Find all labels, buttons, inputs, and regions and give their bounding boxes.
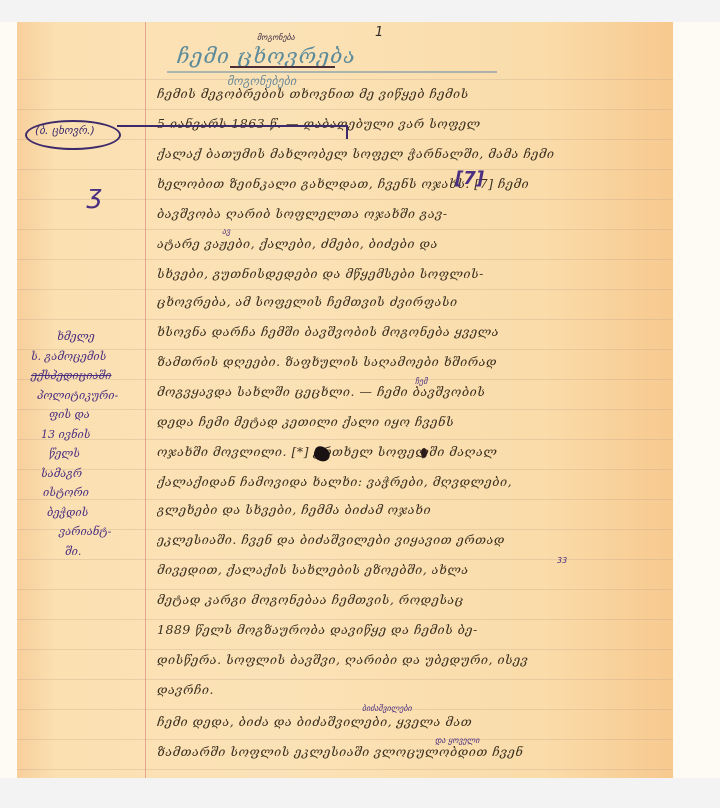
text-line: 1889 წელს მოგზაურობა დავიწყე და ჩემის ბე… (157, 622, 667, 637)
connector-line (117, 125, 347, 127)
text-line: ცხოვრება, ამ სოფელის ჩემთვის ძვირფასი (157, 294, 667, 309)
text-line: გლეხები და სხვები, ჩემმა ბიძამ ოჯახი (157, 502, 667, 517)
text-line: დისწერა. სოფლის ბავშვი, ღარიბი და უბედურ… (157, 652, 667, 667)
note-line: პოლიტიკური- (31, 386, 118, 406)
ruled-line (17, 649, 673, 650)
inline-insertion: და ყოველი (435, 736, 479, 745)
page-title: ჩემი ცხოვრება (177, 44, 356, 68)
ruled-line (17, 199, 673, 200)
viewer-bottom-bar (0, 778, 720, 808)
text-line: ატარე ვაჟები, ქალები, ძმები, ბიძები და (157, 236, 667, 251)
text-line: სხვები, გუთნისდედები და მწყემსები სოფლის… (157, 266, 667, 281)
text-line: 5 იანვარს 1863 წ. — დაბადებული ვარ სოფელ (157, 116, 667, 131)
inline-insertion: 33 (557, 556, 567, 565)
margin-side-note: ხმელე ს. გამოცემის ექსპედიციაში პოლიტიკუ… (31, 327, 118, 561)
text-line: ქალაქიდან ჩამოვიდა ხალხი: ვაჭრები, მღვდლ… (157, 474, 667, 489)
connector-arrow (346, 125, 348, 139)
ruled-line (17, 229, 673, 230)
text-line: ქალაქ ბათუმის მახლობელ სოფელ ჭარნალში, მ… (157, 146, 667, 161)
ruled-line (17, 109, 673, 110)
note-line: ექსპედიციაში (31, 366, 118, 386)
ruled-line (17, 169, 673, 170)
title-underline (167, 71, 497, 73)
ruled-line (17, 289, 673, 290)
text-line: დედა ჩემი მეტად კეთილი ქალი იყო ჩვენს (157, 414, 667, 429)
text-line: მეტად კარგი მოგონებაა ჩემთვის, როდესაც (157, 592, 667, 607)
inline-insertion: ჩემ (415, 377, 427, 386)
manuscript-page: 1 მოგონება ჩემი ცხოვრება მოგონებები ჩემი… (17, 22, 673, 778)
title-insertion: მოგონება (257, 33, 295, 42)
note-line: ბეჭდის (31, 503, 118, 523)
note-line: წელს (31, 444, 118, 464)
text-line: ბავშვობა ღარიბ სოფლელთა ოჯახში გავ- (157, 206, 667, 221)
ruled-line (17, 739, 673, 740)
ruled-line (17, 79, 673, 80)
viewer-top-bar (0, 0, 720, 22)
text-line: ოჯახში მოვლილი. [*] ერთხელ სოფელში მაღალ (157, 444, 667, 459)
margin-bracket-mark: ʒ (87, 180, 102, 210)
ruled-line (17, 259, 673, 260)
text-line: ზამთრის დღეები. ზაფხულის საღამოები ხშირა… (157, 354, 667, 369)
ink-dot (421, 448, 427, 458)
text-line: ხსოვნა დარჩა ჩემში ბავშვობის მოგონება ყვ… (157, 324, 667, 339)
inline-insertion: ბიძაშვილები (362, 704, 412, 713)
note-line: ხმელე (31, 327, 118, 347)
inline-insertion: ავ (222, 227, 230, 236)
text-line: ხელობით ზეინკალი გახლდათ, ჩვენს ოჯახს. [… (157, 176, 667, 191)
margin-rule (145, 22, 146, 778)
text-line: დავრჩი. (157, 682, 667, 697)
ruled-line (17, 709, 673, 710)
insertion-bracket: [7] (455, 168, 484, 189)
note-line: ისტორი (31, 483, 118, 503)
ruled-line (17, 319, 673, 320)
note-line: ფის და (31, 405, 118, 425)
note-line: ვარიანტ- (31, 522, 118, 542)
text-line: ზამთარში სოფლის ეკლესიაში ვლოცულობდით ჩვ… (157, 744, 667, 759)
note-line: სამაგრ (31, 464, 118, 484)
note-line: ს. გამოცემის (31, 347, 118, 367)
note-line: ში. (31, 542, 118, 562)
note-line: 13 ივნის (31, 425, 118, 445)
page-number: 1 (375, 25, 383, 40)
text-line: მივედით, ქალაქის სახლების ეზოებში, ახლა (157, 562, 667, 577)
ruled-line (17, 679, 673, 680)
ruled-line (17, 769, 673, 770)
text-line: ჩემის მეგობრების თხოვნით მე ვიწყებ ჩემის (157, 86, 667, 101)
circled-note-text: (ბ. ცხოვრ.) (35, 124, 95, 137)
text-line: ეკლესიაში. ჩვენ და ბიძაშვილები ვიყავით ე… (157, 532, 667, 547)
text-line: ჩემი დედა, ბიძა და ბიძაშვილები, ყველა მა… (157, 714, 667, 729)
ruled-line (17, 619, 673, 620)
ruled-line (17, 589, 673, 590)
title-strikethrough (230, 66, 335, 68)
text-line: მოგვყავდა სახლში ცეცხლი. — ჩემი ბავშვობი… (157, 384, 667, 399)
